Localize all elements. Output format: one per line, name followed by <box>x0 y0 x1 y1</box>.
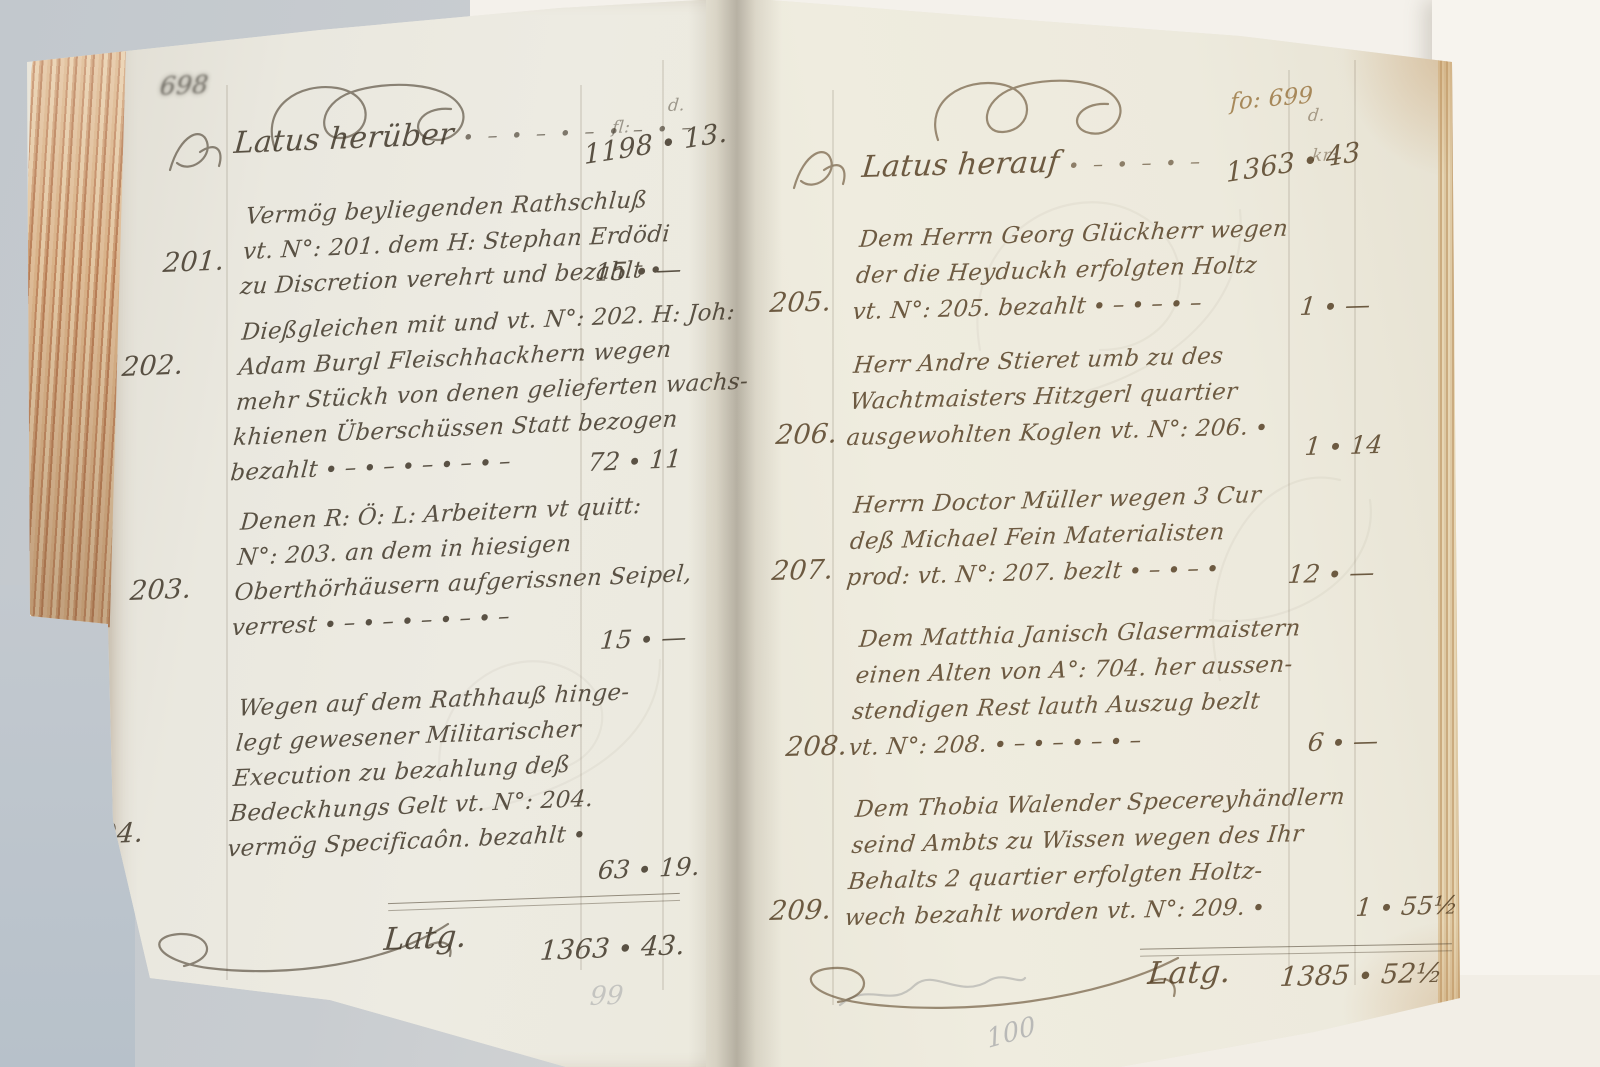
entry-text: Dem Matthia Janisch Glasermaistern einen… <box>847 610 1302 766</box>
entry-text: Wegen auf dem Rathhauß hinge- legt gewes… <box>226 675 631 867</box>
page-total-amount: 1385 ∙ 52½ <box>1279 958 1445 993</box>
entry-number: 203. <box>129 573 193 607</box>
entry-text: Dem Herrn Georg Glückherr wegen der die … <box>851 211 1290 331</box>
entry-amount: 1 ∙ 14 <box>1304 430 1384 461</box>
entry-text: Herr Andre Stieret umb zu des Wachtmaist… <box>845 337 1276 456</box>
folio-number: 698 <box>159 70 210 101</box>
entry-amount: 6 ∙ — <box>1307 726 1380 757</box>
dot-leaders: ∙ – ∙ – ∙ – <box>1068 149 1205 177</box>
entry-text: Herrn Doctor Müller wegen 3 Cur deß Mich… <box>845 477 1263 596</box>
entry-amount: 12 ∙ — <box>1287 558 1377 589</box>
entry-number: 208. <box>785 730 849 763</box>
book-gutter-shadow <box>688 0 782 1067</box>
page-total-label: Latg. <box>383 918 469 958</box>
entry-number: 207. <box>771 554 835 587</box>
total-flourish <box>768 938 1188 1028</box>
page-total-amount: 1363 ∙ 43. <box>539 930 686 967</box>
entry-amount: 63 ∙ 19. <box>597 852 701 885</box>
entry-text: Denen R: Ö: L: Arbeitern vt quitt: N°: 2… <box>230 487 698 647</box>
entry-text: Vermög beyliegenden Rathschluß vt. N°: 2… <box>239 182 674 305</box>
entry-amount: 15 ∙ — <box>599 622 688 655</box>
entry-amount: 72 ∙ 11 <box>587 444 683 477</box>
column-rule <box>832 90 834 1005</box>
ledger-photo: 698 Latus herüber ∙ – ∙ – ∙ – ∙ – ∙ – fl… <box>0 0 1600 1067</box>
carry-forward-label: Latus herauf <box>860 145 1061 185</box>
entry-amount: 15 ∙ — <box>594 254 683 287</box>
entry-number: 209. <box>769 894 833 927</box>
currency-mark-d: d. <box>1307 106 1326 126</box>
paragraph-mark <box>158 112 230 184</box>
entry-text: Dem Thobia Walender Specereyhändlern sei… <box>843 779 1347 936</box>
entry-amount: 1 ∙ — <box>1299 290 1372 321</box>
paragraph-mark <box>782 130 854 202</box>
open-ledger-book: 698 Latus herüber ∙ – ∙ – ∙ – ∙ – ∙ – fl… <box>0 0 1600 1067</box>
pencil-folio-number: 99 <box>589 981 625 1013</box>
entry-number: 206. <box>775 418 839 451</box>
entry-amount: 1 ∙ 55½ <box>1355 890 1460 922</box>
page-total-label: Latg. <box>1146 954 1232 992</box>
page-fore-edge <box>16 33 126 627</box>
currency-mark-d: d. <box>667 95 685 116</box>
entry-number: 202. <box>121 349 185 383</box>
entry-number: 201. <box>162 245 226 279</box>
entry-number: 205. <box>769 286 833 319</box>
